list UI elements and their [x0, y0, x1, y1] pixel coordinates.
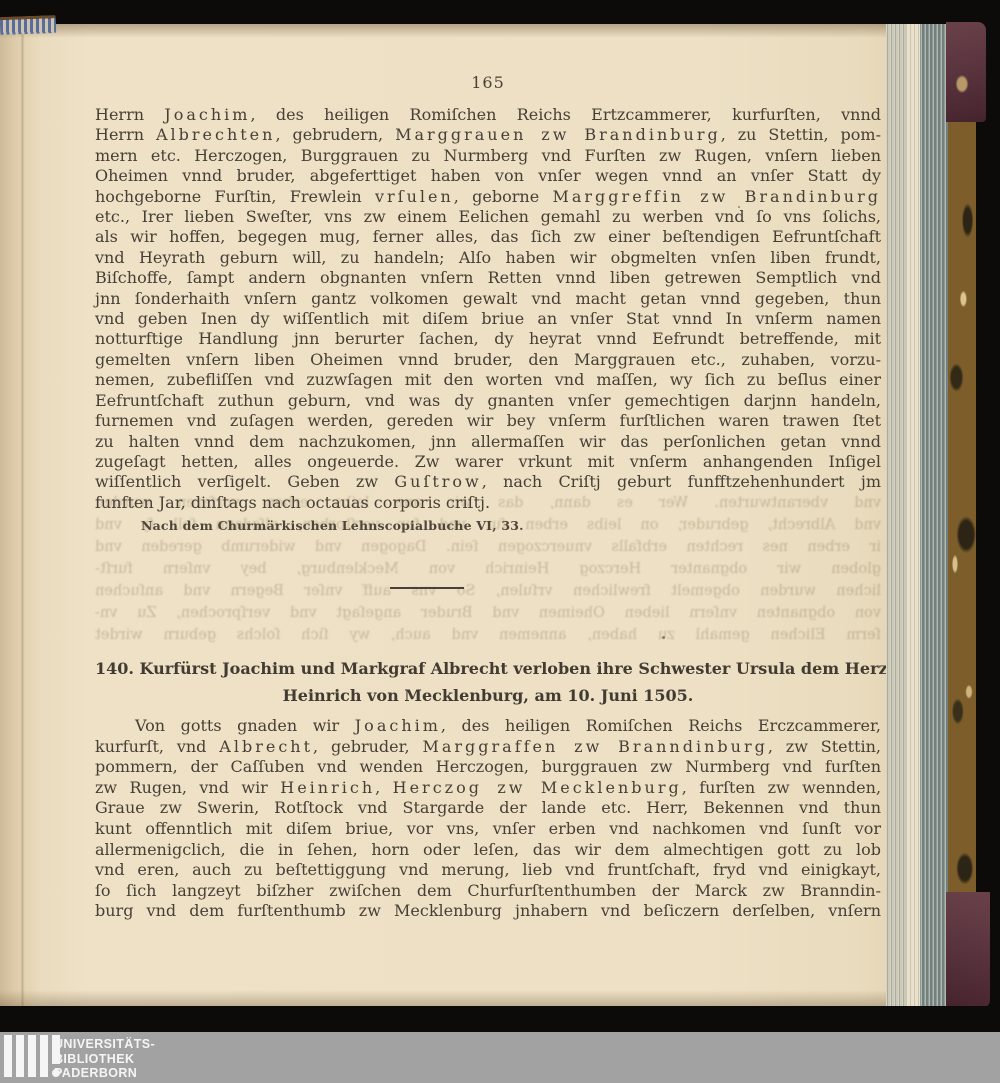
text-line: hochgeborne Furſtin, Frewlein vrſulen, g… [95, 187, 881, 207]
text-line: vnd geben Inen dy wiſſentlich mit diſem … [95, 309, 881, 329]
text-line: kunt offenntlich mit diſem briue, vor vn… [95, 819, 881, 840]
text-line: pommern, der Caſſuben vnd wenden Herczog… [95, 757, 881, 778]
text-line: als wir hoffen, begegen mug, ferner alle… [95, 227, 881, 247]
verso-bleedthrough-text: vnd vberantwurten. Wer es dann, das wir … [95, 492, 881, 646]
text-line: lichen wurden obgemelt frewlichen vrſule… [95, 580, 881, 602]
text-line: etc., Irer lieben Sweſter, vns zw einem … [95, 207, 881, 227]
section-divider-rule [390, 587, 464, 589]
text-line: Graue zw Swerin, Rotſtock vnd Stargarde … [95, 798, 881, 819]
section-heading: 140. Kurfürst Joachim und Markgraf Albre… [95, 655, 881, 709]
library-banner: UNIVERSITÄTS- BIBLIOTHEK PADERBORN [0, 1032, 1000, 1083]
text-line: notturftige Handlung jnn berurter ſachen… [95, 329, 881, 349]
paper-speck [481, 117, 483, 119]
page-gutter-crease [21, 24, 24, 1006]
paper-speck [662, 636, 665, 639]
scanned-book-photo: 165 vnd vberantwurten. Wer es dann, das … [0, 0, 1000, 1083]
letterspaced-name: Joachim [355, 716, 441, 735]
text-line: ſerm Elichen gemahl zu haben, annemen vn… [95, 624, 881, 646]
text-line: allermenigclich, die in ſehen, horn oder… [95, 840, 881, 861]
text-line: wiſſentlich verſigelt. Geben zw Guſtrow,… [95, 472, 881, 492]
body-paragraph-1: Herrn Joachim, des heiligen Romiſchen Re… [95, 105, 881, 513]
letterspaced-name: Herczog zw Mecklenburg [393, 778, 682, 797]
library-name-line: BIBLIOTHEK [54, 1052, 155, 1067]
letterspaced-name: vrſulen [375, 187, 454, 206]
body-paragraph-2: Von gotts gnaden wir Joachim, des heilig… [95, 716, 881, 922]
letterspaced-name: Marggraffen zw Branndinburg [422, 737, 767, 756]
text-line: zugeſagt hetten, alles ongeuerde. Zw war… [95, 452, 881, 472]
text-line: burg vnd dem furſtenthumb zw Mecklenburg… [95, 901, 881, 922]
text-line: Oheimen vnnd bruder, abgeferttiget haben… [95, 166, 881, 186]
text-line: mern etc. Herczogen, Burggrauen zu Nurmb… [95, 146, 881, 166]
text-line: Biſchoffe, ſampt andern obgnanten vnſern… [95, 268, 881, 288]
text-line: globen wir obgnanter Herczog Heinrich vo… [95, 558, 881, 580]
page-edges-stack-light [886, 24, 906, 1006]
leather-spine-top [946, 22, 986, 122]
text-line: zu halten vnnd dem nachzukomen, jnn alle… [95, 432, 881, 452]
logo-bar [40, 1035, 48, 1077]
page-edge-white [906, 24, 920, 1006]
text-line: Heinrich von Mecklenburg, am 10. Juni 15… [95, 682, 881, 709]
text-line: ir erben nes rechten erbfalls vnuerczoge… [95, 536, 881, 558]
page-number: 165 [95, 73, 881, 92]
letterspaced-name: Heinrich [280, 778, 375, 797]
text-line: Herrn Joachim, des heiligen Romiſchen Re… [95, 105, 881, 125]
text-line: Herrn Albrechten, gebrudern, Marggrauen … [95, 125, 881, 145]
source-citation: Nach dem Churmärkischen Lehnscopialbuche… [141, 518, 524, 533]
logo-bar [16, 1035, 24, 1077]
text-line: vnd Heyrath geburn will, zu handeln; Alſ… [95, 248, 881, 268]
page-edges-stack-dark [920, 24, 948, 1006]
text-line: zw Rugen, vnd wir Heinrich, Herczog zw M… [95, 778, 881, 799]
library-name-line: PADERBORN [54, 1066, 155, 1081]
letterspaced-name: Guſtrow [394, 472, 481, 491]
letterspaced-name: Albrecht [219, 737, 313, 756]
photo-background [0, 1006, 1000, 1032]
text-line: vnd eren, auch zu beſtettiggung vnd meru… [95, 860, 881, 881]
text-line: 140. Kurfürst Joachim und Markgraf Albre… [95, 655, 881, 682]
text-line: nemen, zubefliſſen vnd zuzwſagen mit den… [95, 370, 881, 390]
text-line: kurfurſt, vnd Albrecht, gebruder, Marggr… [95, 737, 881, 758]
logo-bar [4, 1035, 12, 1077]
text-line: furnemen vnd zuſagen werden, gereden wir… [95, 411, 881, 431]
text-line: ſo ſich langzeyt biſzher zwiſchen dem Ch… [95, 881, 881, 902]
text-line: von obgnanten vnſern lieben Oheimen vnd … [95, 602, 881, 624]
library-name-line: UNIVERSITÄTS- [54, 1037, 155, 1052]
letterspaced-name: Marggrauen zw Brandinburg [395, 125, 721, 144]
book-page: 165 vnd vberantwurten. Wer es dann, das … [0, 24, 906, 1006]
text-line: funften Jar, dinſtags nach octauas corpo… [95, 493, 881, 513]
library-name: UNIVERSITÄTS- BIBLIOTHEK PADERBORN [54, 1037, 155, 1081]
marbled-cover-edge [948, 24, 976, 1006]
letterspaced-name: Joachim [164, 105, 250, 124]
text-line: jnn ſonderhaith vnſern gantz volkomen ge… [95, 289, 881, 309]
paper-speck [738, 206, 740, 208]
binding-headband [0, 15, 56, 35]
letterspaced-name: Albrechten [156, 125, 276, 144]
logo-bar [28, 1035, 36, 1077]
text-line: Eefruntſchaft zuthun geburn, vnd was dy … [95, 391, 881, 411]
text-line: gemelten vnſern liben Oheimen vnnd brude… [95, 350, 881, 370]
letterspaced-name: Marggreffin zw Brandinburg [552, 187, 881, 206]
leather-spine-bottom [946, 892, 990, 1008]
library-logo-icon [4, 1035, 60, 1080]
text-line: Von gotts gnaden wir Joachim, des heilig… [95, 716, 881, 737]
